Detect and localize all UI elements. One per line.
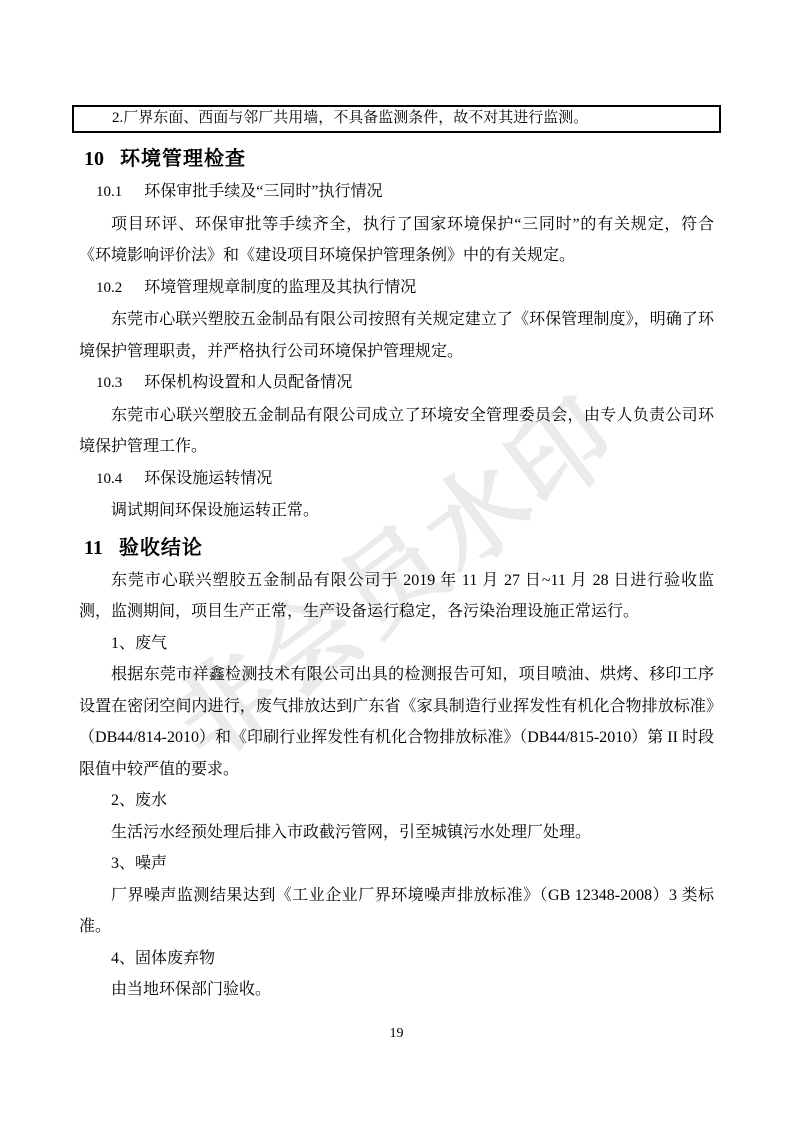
- section-10-2-paragraph: 东莞市心联兴塑胶五金制品有限公司按照有关规定建立了《环保管理制度》，明确了环境保…: [79, 304, 714, 367]
- chapter-11-heading: 11验收结论: [84, 533, 714, 563]
- chapter-10-body: 10.1环保审批手续及“三同时”执行情况 项目环评、环保审批等手续齐全，执行了国…: [79, 176, 714, 527]
- chapter-10-number: 10: [84, 148, 104, 170]
- section-10-4-title: 环保设施运转情况: [144, 470, 272, 487]
- chapter-10-title: 环境管理检查: [120, 148, 246, 170]
- chapter-11-title: 验收结论: [119, 537, 203, 559]
- section-10-1-title: 环保审批手续及“三同时”执行情况: [144, 183, 382, 200]
- section-10-3-number: 10.3: [96, 375, 122, 391]
- section-10-3-title: 环保机构设置和人员配备情况: [144, 374, 352, 391]
- chapter-11-intro: 东莞市心联兴塑胶五金制品有限公司于 2019 年 11 月 27 日~11 月 …: [79, 565, 714, 628]
- conclusion-item-3-text: 厂界噪声监测结果达到《工业企业厂界环境噪声排放标准》（GB 12348-2008…: [79, 880, 714, 943]
- page-content: 2.厂界东面、西面与邻厂共用墙，不具备监测条件，故不对其进行监测。 10环境管理…: [79, 105, 714, 1006]
- conclusion-item-1-label: 1、废气: [79, 628, 714, 660]
- conclusion-item-3-label: 3、噪声: [79, 848, 714, 880]
- section-10-4-paragraph: 调试期间环保设施运转正常。: [79, 495, 714, 527]
- page-number: 19: [0, 1026, 793, 1042]
- section-10-2-heading: 10.2环境管理规章制度的监理及其执行情况: [79, 272, 714, 305]
- section-10-4-heading: 10.4环保设施运转情况: [79, 463, 714, 496]
- conclusion-item-4-text: 由当地环保部门验收。: [79, 974, 714, 1006]
- chapter-10-heading: 10环境管理检查: [84, 144, 714, 174]
- conclusion-item-2-label: 2、废水: [79, 785, 714, 817]
- section-10-1-paragraph: 项目环评、环保审批等手续齐全，执行了国家环境保护“三同时”的有关规定，符合《环境…: [79, 209, 714, 272]
- section-10-1-heading: 10.1环保审批手续及“三同时”执行情况: [79, 176, 714, 209]
- section-10-1-number: 10.1: [96, 184, 122, 200]
- conclusion-item-2-text: 生活污水经预处理后排入市政截污管网，引至城镇污水处理厂处理。: [79, 817, 714, 849]
- conclusion-item-1-text: 根据东莞市祥鑫检测技术有限公司出具的检测报告可知，项目喷油、烘烤、移印工序设置在…: [79, 659, 714, 785]
- note-text: 2.厂界东面、西面与邻厂共用墙，不具备监测条件，故不对其进行监测。: [112, 110, 588, 126]
- section-10-4-number: 10.4: [96, 471, 122, 487]
- section-10-3-paragraph: 东莞市心联兴塑胶五金制品有限公司成立了环境安全管理委员会，由专人负责公司环境保护…: [79, 400, 714, 463]
- note-box: 2.厂界东面、西面与邻厂共用墙，不具备监测条件，故不对其进行监测。: [72, 105, 721, 133]
- document-page: 非会员水印 2.厂界东面、西面与邻厂共用墙，不具备监测条件，故不对其进行监测。 …: [0, 0, 793, 1122]
- chapter-11-number: 11: [84, 537, 103, 559]
- section-10-2-number: 10.2: [96, 280, 122, 296]
- conclusion-item-4-label: 4、固体废弃物: [79, 943, 714, 975]
- section-10-2-title: 环境管理规章制度的监理及其执行情况: [144, 279, 416, 296]
- chapter-11-body: 东莞市心联兴塑胶五金制品有限公司于 2019 年 11 月 27 日~11 月 …: [79, 565, 714, 1006]
- section-10-3-heading: 10.3环保机构设置和人员配备情况: [79, 367, 714, 400]
